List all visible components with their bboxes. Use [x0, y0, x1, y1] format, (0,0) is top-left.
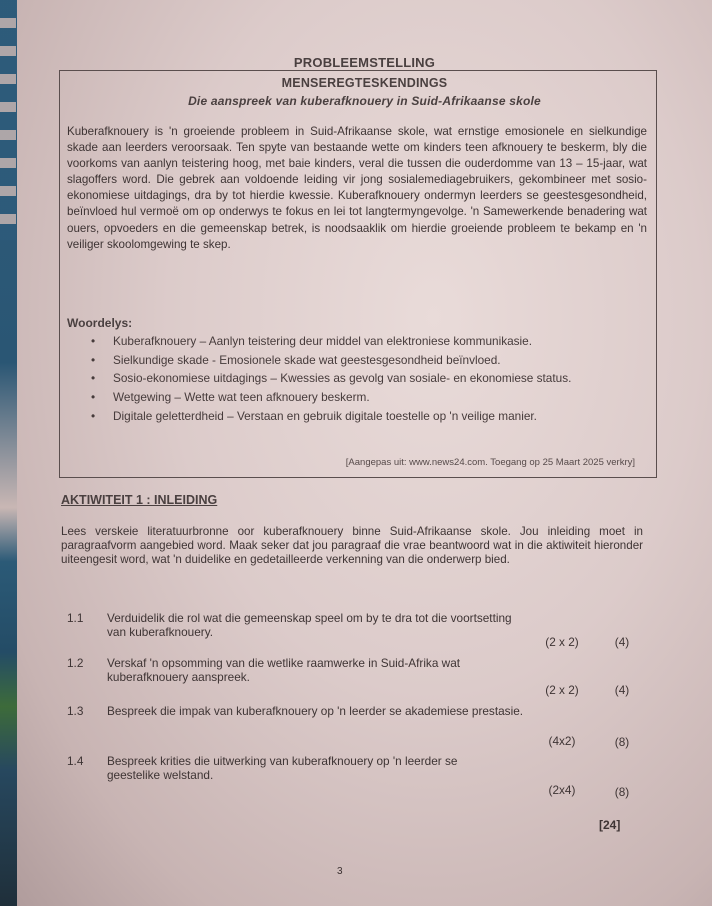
question-calc: (2x4)	[532, 784, 592, 798]
activity-title: AKTIWITEIT 1 : INLEIDING	[61, 493, 217, 507]
question-text: Verduidelik die rol wat die gemeenskap s…	[107, 612, 527, 639]
glossary-list: •Kuberafknouery – Aanlyn teistering deur…	[91, 333, 631, 427]
background-edge	[0, 0, 18, 906]
bullet-icon: •	[91, 370, 95, 386]
question-number: 1.2	[67, 657, 83, 671]
question-marks: (4)	[602, 636, 642, 650]
question-marks: (8)	[602, 786, 642, 800]
question-calc: (4x2)	[532, 735, 592, 749]
background-pattern	[0, 0, 16, 240]
glossary-item: •Sosio-ekonomiese uitdagings – Kwessies …	[91, 370, 631, 386]
question-calc: (2 x 2)	[532, 684, 592, 698]
question-number: 1.4	[67, 755, 83, 769]
question-marks: (8)	[602, 736, 642, 750]
question-number: 1.3	[67, 705, 83, 719]
question-marks: (4)	[602, 684, 642, 698]
question-text: Verskaf 'n opsomming van die wetlike raa…	[107, 657, 527, 684]
page-number: 3	[337, 866, 343, 877]
bullet-icon: •	[91, 408, 95, 424]
glossary-item: •Digitale geletterdheid – Verstaan en ge…	[91, 408, 631, 424]
question-calc: (2 x 2)	[532, 636, 592, 650]
source-citation: [Aangepas uit: www.news24.com. Toegang o…	[346, 457, 635, 468]
question-number: 1.1	[67, 612, 83, 626]
box-topic: Die aanspreek van kuberafknouery in Suid…	[17, 94, 712, 108]
total-marks: [24]	[599, 818, 620, 832]
bullet-icon: •	[91, 352, 95, 368]
glossary-item: •Kuberafknouery – Aanlyn teistering deur…	[91, 333, 631, 349]
glossary-item: •Wetgewing – Wette wat teen afknouery be…	[91, 389, 631, 405]
question-text: Bespreek die impak van kuberafknouery op…	[107, 705, 547, 719]
document-page: PROBLEEMSTELLING MENSEREGTESKENDINGS Die…	[17, 0, 712, 906]
box-subtitle: MENSEREGTESKENDINGS	[17, 76, 712, 90]
page-title: PROBLEEMSTELLING	[17, 55, 712, 70]
glossary-item: •Sielkundige skade - Emosionele skade wa…	[91, 352, 631, 368]
bullet-icon: •	[91, 333, 95, 349]
problem-paragraph: Kuberafknouery is 'n groeiende probleem …	[67, 124, 647, 253]
activity-instructions: Lees verskeie literatuurbronne oor kuber…	[61, 525, 643, 568]
question-text: Bespreek krities die uitwerking van kube…	[107, 755, 507, 782]
bullet-icon: •	[91, 389, 95, 405]
glossary-title: Woordelys:	[67, 316, 132, 330]
